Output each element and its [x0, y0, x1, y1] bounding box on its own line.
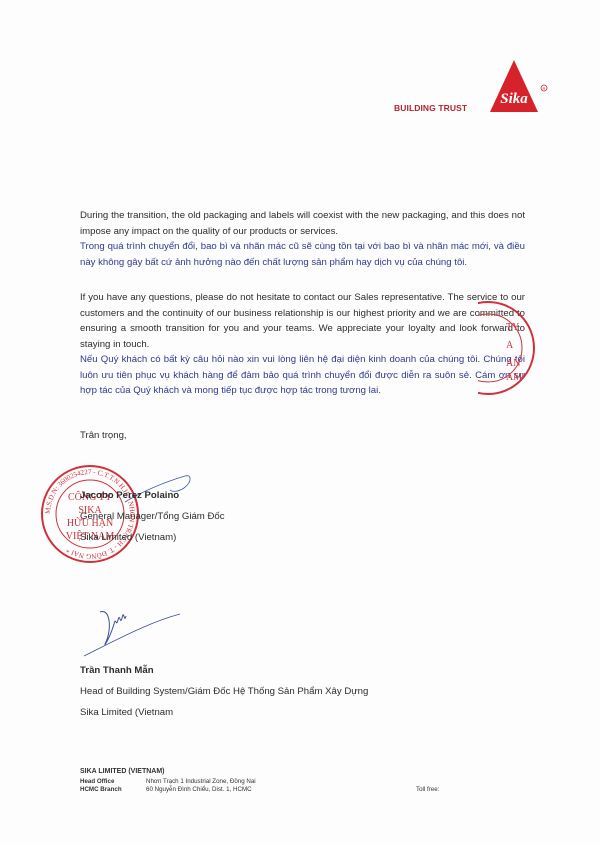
footer-label: Head Office: [80, 778, 146, 786]
svg-text:Sika: Sika: [500, 91, 528, 107]
footer-value: 60 Nguyễn Đình Chiểu, Dist. 1, HCMC: [146, 786, 316, 794]
paragraph-vi: Nếu Quý khách có bất kỳ câu hỏi nào xin …: [80, 352, 525, 399]
signatory-company: Sika Limited (Vietnam: [80, 702, 368, 723]
footer-row: HCMC Branch 60 Nguyễn Đình Chiểu, Dist. …: [80, 786, 439, 794]
closing-salutation: Trân trọng,: [80, 430, 127, 441]
sika-logo: Sika R: [488, 58, 550, 116]
signatory-company: Sika Limited (Vietnam): [80, 527, 225, 548]
signatory-name: Trần Thanh Mẫn: [80, 660, 368, 681]
svg-text:TY: TY: [506, 322, 519, 333]
footer-extra: Toll free:: [416, 786, 439, 794]
svg-text:A: A: [506, 340, 514, 351]
signatory-title: General Manager/Tổng Giám Đốc: [80, 506, 225, 527]
signatory-name: Jacobo Perez Polaino: [80, 485, 225, 506]
svg-text:AM: AM: [506, 372, 522, 383]
paragraph-transition: During the transition, the old packaging…: [80, 208, 525, 270]
signatory-title: Head of Building System/Giám Đốc Hệ Thốn…: [80, 681, 368, 702]
paragraph-en: If you have any questions, please do not…: [80, 290, 525, 352]
signatory-2: Trần Thanh Mẫn Head of Building System/G…: [80, 660, 368, 723]
footer-company: SIKA LIMITED (VIETNAM): [80, 768, 439, 775]
svg-text:AN: AN: [506, 358, 520, 369]
footer-value: Nhơn Trạch 1 Industrial Zone, Đồng Nai: [146, 778, 316, 786]
signatory-1: Jacobo Perez Polaino General Manager/Tổn…: [80, 485, 225, 548]
paragraph-contact: If you have any questions, please do not…: [80, 290, 525, 399]
signature-2: [80, 598, 190, 663]
paragraph-en: During the transition, the old packaging…: [80, 208, 525, 239]
letterhead-footer: SIKA LIMITED (VIETNAM) Head Office Nhơn …: [80, 768, 439, 794]
letter-page: Sika R BUILDING TRUST During the transit…: [0, 0, 600, 845]
footer-label: HCMC Branch: [80, 786, 146, 794]
footer-row: Head Office Nhơn Trạch 1 Industrial Zone…: [80, 778, 439, 786]
paragraph-vi: Trong quá trình chuyển đổi, bao bì và nh…: [80, 239, 525, 270]
company-stamp-partial: TY A AN AM: [478, 300, 578, 400]
svg-text:R: R: [543, 86, 546, 91]
tagline: BUILDING TRUST: [394, 103, 467, 113]
